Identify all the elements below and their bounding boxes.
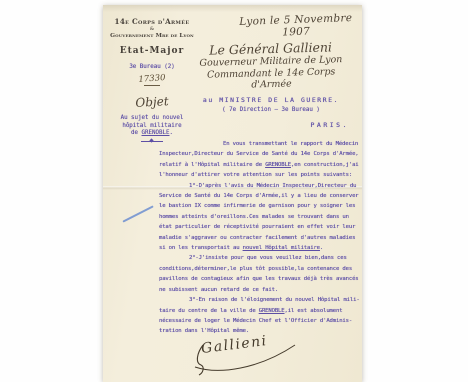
objet-label: Objet xyxy=(105,93,200,112)
objet-line: Au sujet du nouvel xyxy=(105,115,199,123)
body-line: hommes atteints d'oreillons.Ces malades … xyxy=(159,212,365,222)
letterhead-etat-major: Etat-Major xyxy=(105,46,199,56)
body-line: taire du centre de la ville de GRENOBLE,… xyxy=(159,306,365,316)
body-line: le bastion IX comme infirmerie de garnis… xyxy=(159,201,365,211)
body-line: état particulier de réceptivité pourraie… xyxy=(159,222,365,232)
body-line: maladie s'aggraver ou contracter facilem… xyxy=(159,233,365,243)
letterhead-gouvernement: Gouvernement Mre de Lyon xyxy=(105,33,199,39)
letter-body: En vous transmettant le rapport du Médec… xyxy=(159,139,365,337)
recipient-minister: au MINISTRE DE LA GUERRE. xyxy=(187,96,355,104)
recipient-direction: ( 7e Direction — 3e Bureau ) xyxy=(187,107,355,113)
blue-pencil-mark xyxy=(122,205,153,222)
sender-title-2: Commandant le 14e Corps d'Armée xyxy=(187,65,356,92)
objet-line: hôpital militaire xyxy=(105,123,199,131)
letter-paper: 14e Corps d'Armée & Gouvernement Mre de … xyxy=(103,5,362,382)
body-line: conditions,déterminer,le plus tôt possib… xyxy=(159,264,365,274)
objet-text: Au sujet du nouvelhôpital militairede GR… xyxy=(105,115,199,138)
body-line: En vous transmettant le rapport du Médec… xyxy=(159,139,365,149)
letterhead-ampersand: & xyxy=(105,27,199,32)
body-line: relatif à l'Hôpital militaire de GRENOBL… xyxy=(159,160,365,170)
letterhead: 14e Corps d'Armée & Gouvernement Mre de … xyxy=(105,17,199,142)
body-line: 3°-En raison de l'éloignement du nouvel … xyxy=(159,295,365,305)
scanned-letter-photo: 14e Corps d'Armée & Gouvernement Mre de … xyxy=(0,0,468,382)
body-line: 1°-D'après l'avis du Médecin Inspecteur,… xyxy=(159,181,365,191)
body-line: nécessaire de loger le Médecin Chef et l… xyxy=(159,316,365,326)
letterhead-corps: 14e Corps d'Armée xyxy=(105,17,199,26)
body-line: 2°-J'insiste pour que vous veuillez bien… xyxy=(159,253,365,263)
body-line: Inspecteur,Directeur du Service de Santé… xyxy=(159,149,365,159)
body-line: l'honneur d'attirer votre attention sur … xyxy=(159,170,365,180)
signature-block: Gallieni xyxy=(189,331,309,379)
letterhead-bureau: 3e Bureau (2) xyxy=(105,64,199,70)
body-line: ne subissent aucun retard de ce fait. xyxy=(159,285,365,295)
recipient-city: PARIS. xyxy=(187,121,355,129)
body-line: si on les transportait au nouvel Hôpital… xyxy=(159,243,365,253)
reference-underline xyxy=(144,85,160,86)
dateline-handwritten: Lyon le 5 Novembre 1907 xyxy=(231,12,362,41)
recipient-block: Le Général Gallieni Gouverneur Militaire… xyxy=(187,41,355,129)
body-line: pavillons de contagieux afin que les tra… xyxy=(159,274,365,284)
body-line: Service de Santé du 14e Corps d'Armée,il… xyxy=(159,191,365,201)
objet-line: de GRENOBLE. xyxy=(105,130,199,138)
